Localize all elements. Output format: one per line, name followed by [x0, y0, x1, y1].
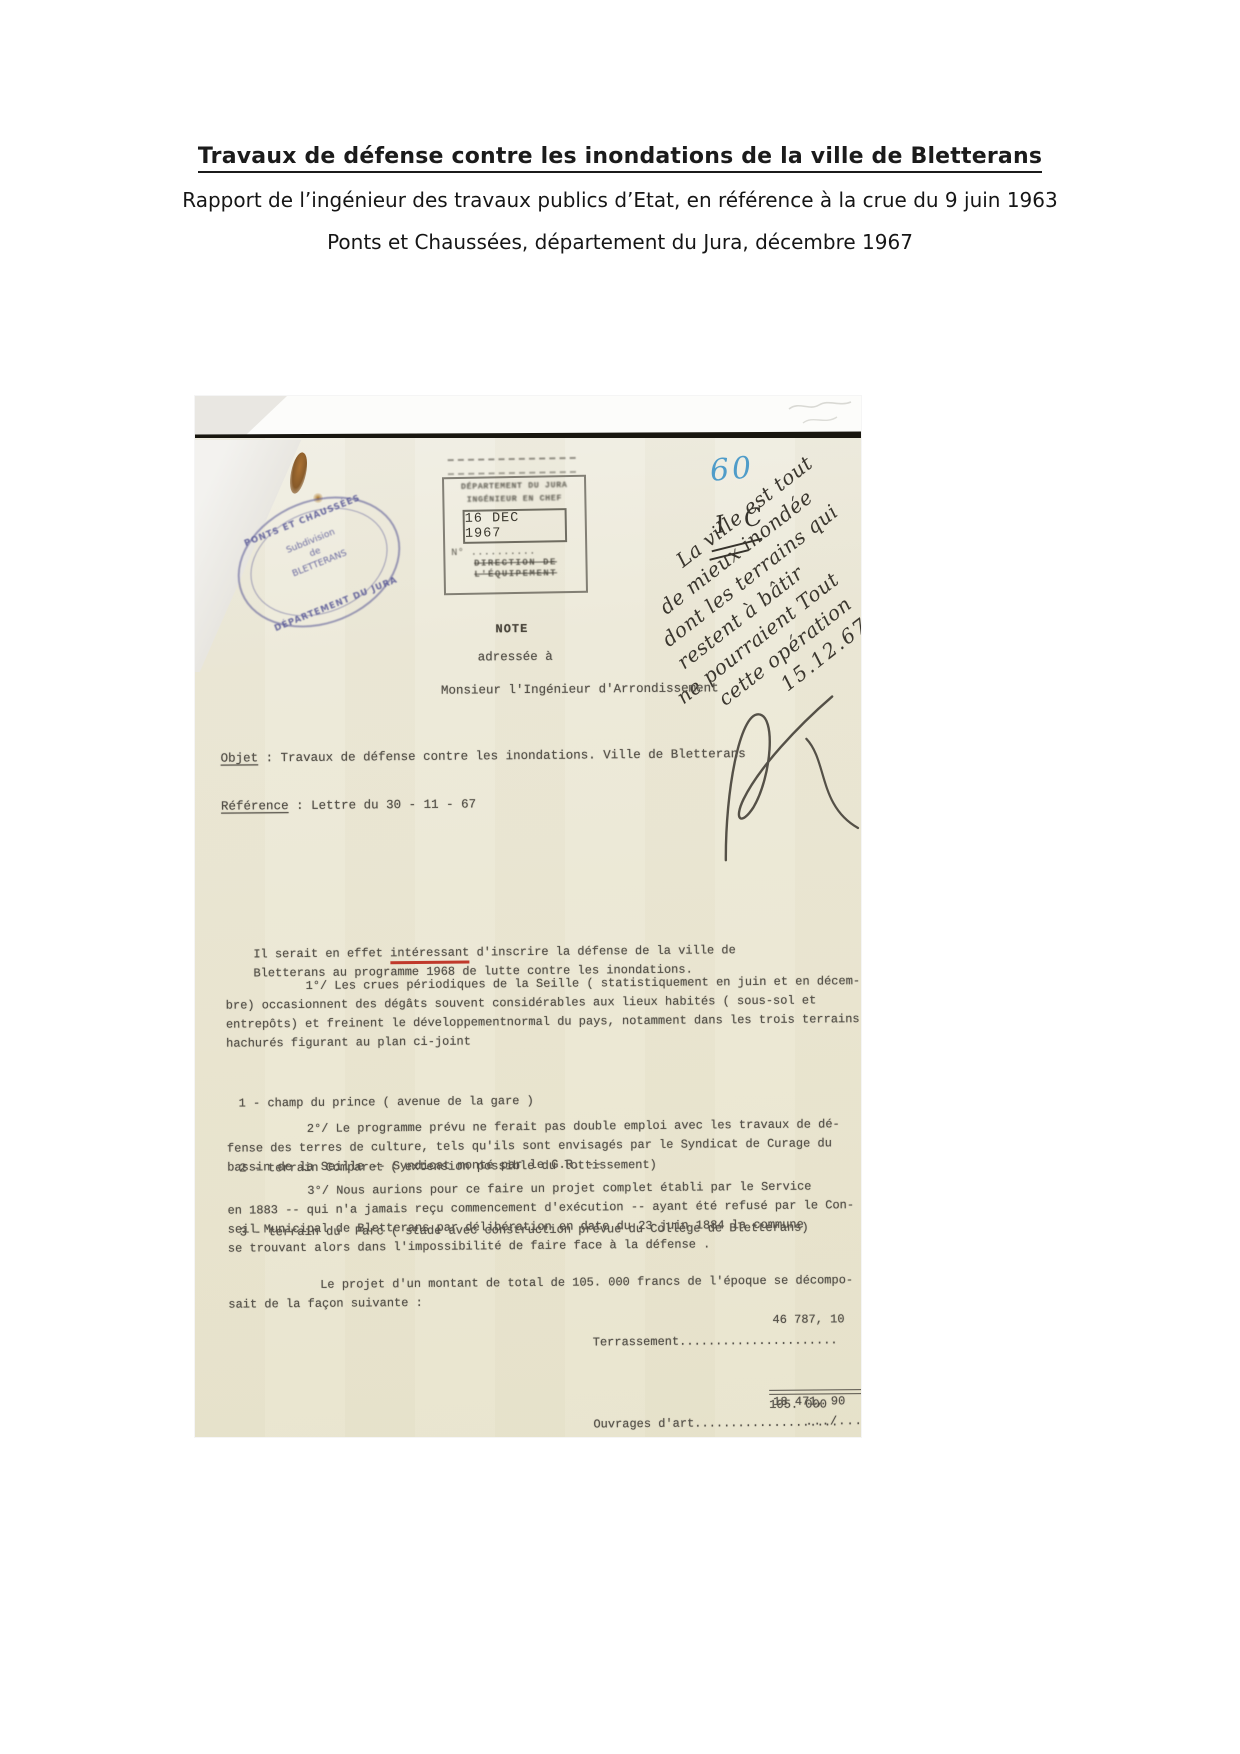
- page-title-text: Travaux de défense contre les inondation…: [198, 144, 1042, 173]
- reference-label: Référence: [221, 799, 289, 814]
- note-heading: NOTE: [495, 622, 528, 636]
- continuation-mark: .../...: [805, 1414, 861, 1429]
- scanned-letter: PONTS ET CHAUSSÉES Subdivision de BLETTE…: [195, 396, 861, 1437]
- page-title: Travaux de défense contre les inondation…: [0, 144, 1240, 169]
- page-subtitle-2: Ponts et Chaussées, département du Jura,…: [0, 230, 1240, 254]
- objet-line: Objet : Travaux de défense contre les in…: [221, 747, 746, 766]
- objet-text: : Travaux de défense contre les inondati…: [258, 747, 746, 765]
- note-addressed-line: adressée à: [478, 650, 553, 665]
- paragraph-3: 3°/ Nous aurions pour ce faire un projet…: [227, 1177, 861, 1259]
- cost-total-value: 105. 000: [769, 1397, 827, 1412]
- typewritten-content: NOTE adressée à Monsieur l'Ingénieur d'A…: [195, 396, 861, 1437]
- objet-label: Objet: [221, 751, 259, 765]
- cost-label: Terrassement......................: [593, 1333, 838, 1349]
- red-underlined-word: intéressant: [390, 946, 469, 965]
- cost-total: 105. 000: [769, 1389, 861, 1412]
- document-page: Travaux de défense contre les inondation…: [0, 0, 1240, 1754]
- cost-row: Terrassement...................... 46 78…: [520, 1309, 861, 1394]
- reference-line: Référence : Lettre du 30 - 11 - 67: [221, 797, 476, 813]
- paragraph-2: 2°/ Le programme prévu ne ferait pas dou…: [227, 1115, 861, 1178]
- paragraph-1: 1°/ Les crues périodiques de la Seille (…: [226, 972, 861, 1054]
- terrain-list-item: 1 - champ du prince ( avenue de la gare …: [239, 1089, 808, 1115]
- total-rule: [769, 1389, 861, 1395]
- paragraph-intro-before: Il serait en effet: [253, 946, 390, 961]
- note-recipient-line: Monsieur l'Ingénieur d'Arrondissement: [441, 681, 719, 697]
- cost-value: 46 787, 10: [772, 1309, 844, 1330]
- reference-text: : Lettre du 30 - 11 - 67: [288, 797, 476, 813]
- page-subtitle-1: Rapport de l’ingénieur des travaux publi…: [0, 188, 1240, 212]
- cost-label: Ouvrages d'art....................: [593, 1415, 838, 1431]
- paragraph-total: Le projet d'un montant de total de 105. …: [228, 1271, 861, 1315]
